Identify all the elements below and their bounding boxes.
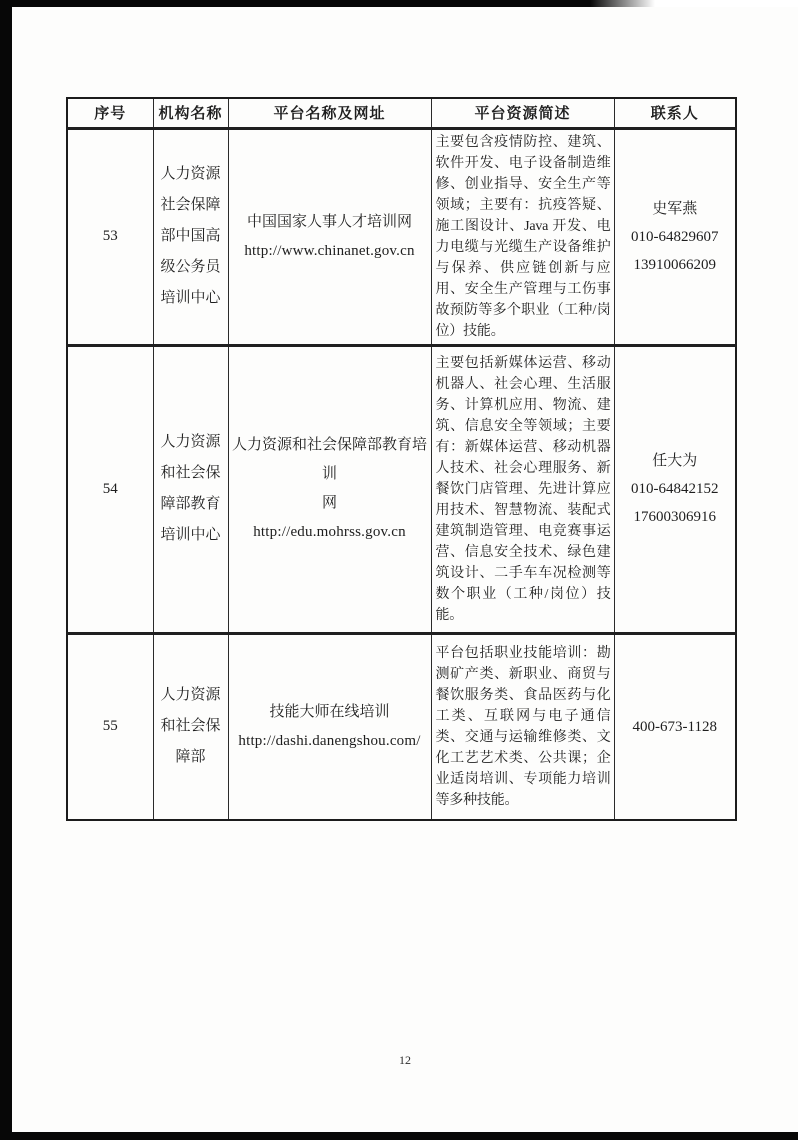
org-line: 人力资源 (156, 159, 226, 190)
platform-cell: 技能大师在线培训 http://dashi.danengshou.com/ (228, 633, 431, 820)
scan-edge-left (0, 0, 12, 1140)
scan-edge-top (0, 0, 660, 7)
org-line: 人力资源 (156, 427, 226, 458)
contact-cell: 400-673-1128 (614, 633, 736, 820)
page-number: 12 (12, 1053, 798, 1068)
org-line: 和社会保 (156, 458, 226, 489)
table-header-row: 序号 机构名称 平台名称及网址 平台资源简述 联系人 (67, 98, 736, 128)
platform-name-line: 网 (231, 489, 429, 518)
platform-url: http://www.chinanet.gov.cn (231, 237, 429, 266)
platform-name-line: 中国国家人事人才培训网 (231, 208, 429, 237)
platform-name-line: 技能大师在线培训 (231, 698, 429, 727)
contact-line: 任大为 (617, 447, 734, 475)
contact-line: 400-673-1128 (617, 713, 734, 741)
seq-cell: 54 (67, 345, 153, 633)
seq-cell: 55 (67, 633, 153, 820)
contact-cell: 任大为 010-64842152 17600306916 (614, 345, 736, 633)
table-row: 53 人力资源 社会保障 部中国高 级公务员 培训中心 中国国家人事人才培训网 … (67, 128, 736, 345)
org-cell: 人力资源 社会保障 部中国高 级公务员 培训中心 (153, 128, 228, 345)
col-header-contact: 联系人 (614, 98, 736, 128)
org-line: 培训中心 (156, 520, 226, 551)
scanned-document-page: 序号 机构名称 平台名称及网址 平台资源简述 联系人 53 人力资源 社会保障 … (12, 7, 798, 1132)
col-header-seq: 序号 (67, 98, 153, 128)
table-row: 54 人力资源 和社会保 障部教育 培训中心 人力资源和社会保障部教育培训 网 … (67, 345, 736, 633)
col-header-org: 机构名称 (153, 98, 228, 128)
platform-name-line: 人力资源和社会保障部教育培训 (231, 431, 429, 489)
platform-url: http://edu.mohrss.gov.cn (231, 518, 429, 547)
org-cell: 人力资源 和社会保 障部教育 培训中心 (153, 345, 228, 633)
table-row: 55 人力资源 和社会保 障部 技能大师在线培训 http://dashi.da… (67, 633, 736, 820)
seq-cell: 53 (67, 128, 153, 345)
org-line: 和社会保 (156, 711, 226, 742)
contact-line: 010-64829607 (617, 223, 734, 251)
contact-line: 史军燕 (617, 195, 734, 223)
description-cell: 主要包含疫情防控、建筑、软件开发、电子设备制造维修、创业指导、安全生产等领域；主… (431, 128, 614, 345)
contact-cell: 史军燕 010-64829607 13910066209 (614, 128, 736, 345)
scan-edge-bottom (0, 1132, 798, 1140)
description-cell: 主要包括新媒体运营、移动机器人、社会心理、生活服务、计算机应用、物流、建筑、信息… (431, 345, 614, 633)
org-line: 培训中心 (156, 283, 226, 314)
description-cell: 平台包括职业技能培训：勘测矿产类、新职业、商贸与餐饮服务类、食品医药与化工类、互… (431, 633, 614, 820)
org-line: 人力资源 (156, 680, 226, 711)
org-cell: 人力资源 和社会保 障部 (153, 633, 228, 820)
col-header-platform: 平台名称及网址 (228, 98, 431, 128)
contact-line: 13910066209 (617, 251, 734, 279)
org-line: 障部教育 (156, 489, 226, 520)
contact-line: 17600306916 (617, 503, 734, 531)
platform-url: http://dashi.danengshou.com/ (231, 727, 429, 756)
org-line: 社会保障 (156, 190, 226, 221)
org-line: 障部 (156, 742, 226, 773)
platform-cell: 中国国家人事人才培训网 http://www.chinanet.gov.cn (228, 128, 431, 345)
org-line: 级公务员 (156, 252, 226, 283)
training-platforms-table: 序号 机构名称 平台名称及网址 平台资源简述 联系人 53 人力资源 社会保障 … (66, 97, 737, 821)
contact-line: 010-64842152 (617, 475, 734, 503)
org-line: 部中国高 (156, 221, 226, 252)
platform-cell: 人力资源和社会保障部教育培训 网 http://edu.mohrss.gov.c… (228, 345, 431, 633)
col-header-description: 平台资源简述 (431, 98, 614, 128)
